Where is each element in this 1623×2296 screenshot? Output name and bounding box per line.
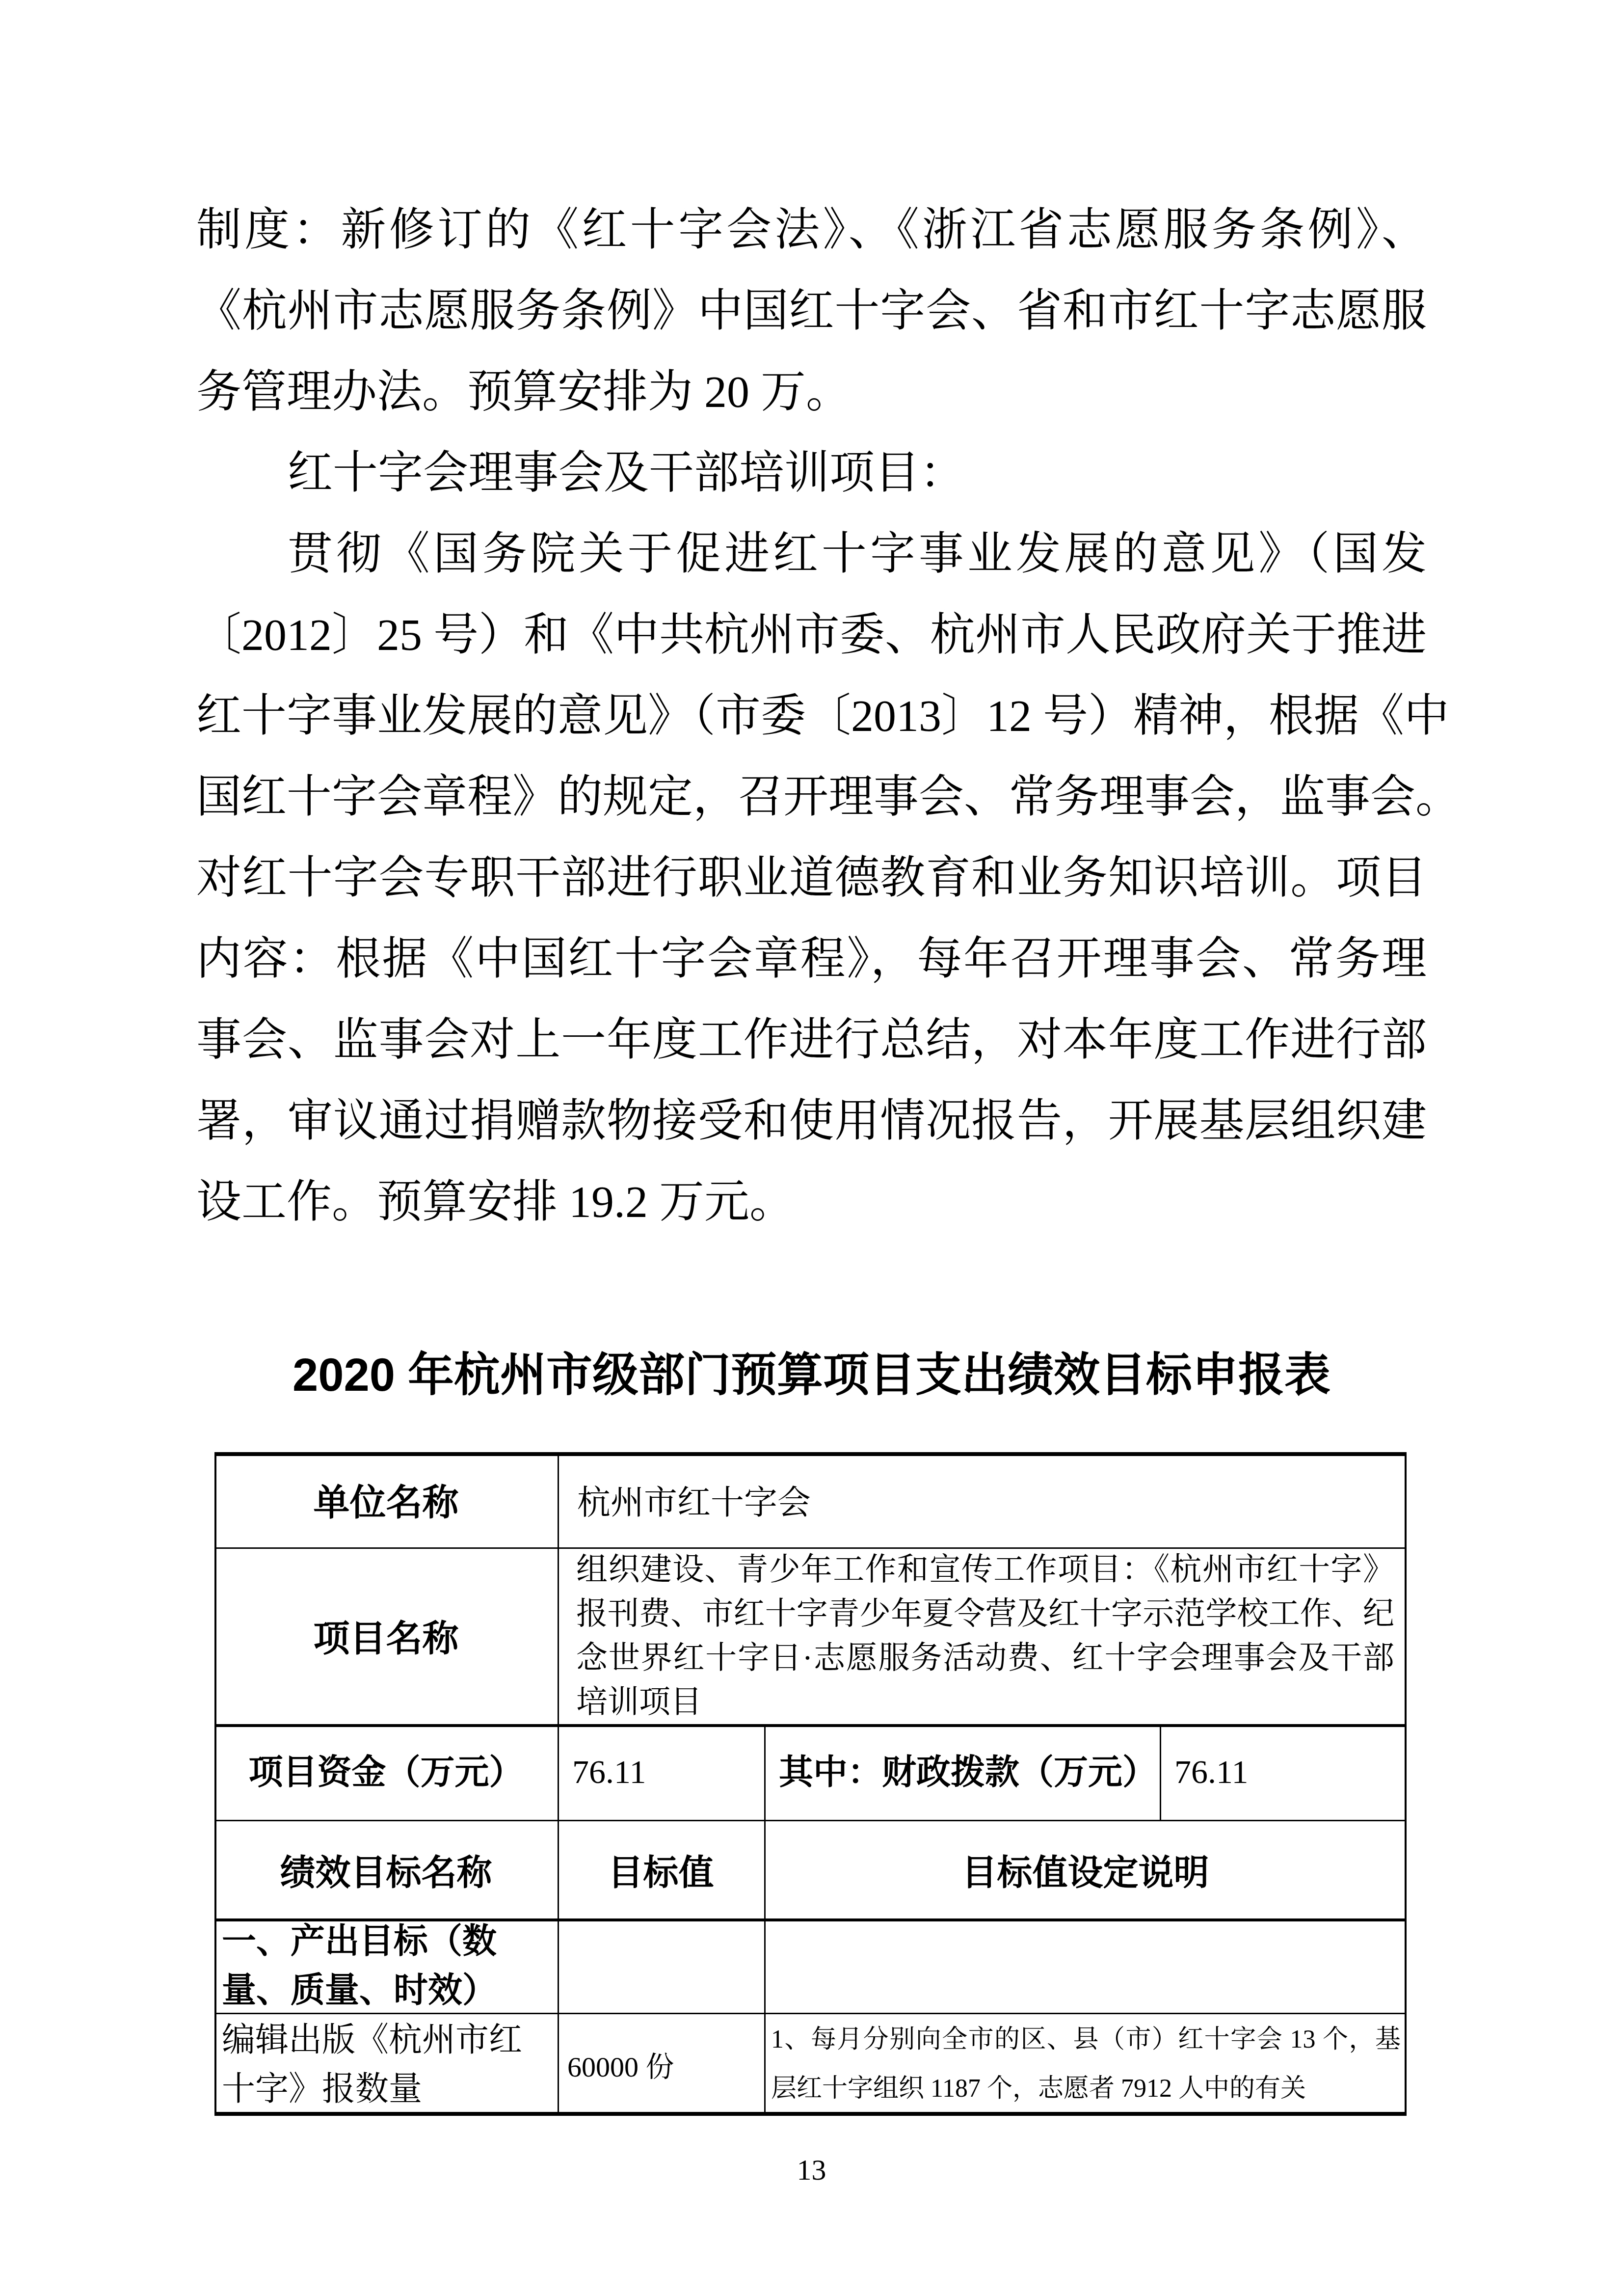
- body-line: 制度：新修订的《红十字会法》、《浙江省志愿服务条例》、: [196, 189, 1427, 270]
- table-border-line: [214, 1724, 1407, 1727]
- project-name-value: 组织建设、青少年工作和宣传工作项目：《杭州市红十字》报刊费、市红十字青少年夏令营…: [558, 1547, 1407, 1724]
- table-border-left: [214, 1452, 216, 2116]
- body-line: 贯彻《国务院关于促进红十字事业发展的意见》（国发: [196, 513, 1427, 594]
- project-fund-label: 项目资金（万元）: [214, 1748, 558, 1797]
- project-name-value-cell: 组织建设、青少年工作和宣传工作项目：《杭州市红十字》报刊费、市红十字青少年夏令营…: [558, 1547, 1407, 1724]
- table-border-bottom: [214, 2112, 1407, 2116]
- table-column-line: [1160, 1724, 1161, 1820]
- document-title: 2020 年杭州市级部门预算项目支出绩效目标申报表: [0, 1346, 1623, 1404]
- unit-name-value: 杭州市红十字会: [558, 1476, 1407, 1524]
- fiscal-allocation-value: 76.11: [1160, 1753, 1407, 1791]
- output-goal-section-label: 一、产出目标（数量、质量、时效）: [214, 1917, 558, 2015]
- unit-name-label-cell: 单位名称: [214, 1452, 558, 1547]
- table-column-line: [558, 1452, 559, 2116]
- newspaper-goal-name-cell: 编辑出版《杭州市红十字》报数量: [214, 2013, 558, 2116]
- body-line: 红十字事业发展的意见》（市委〔2013〕12 号）精神，根据《中: [196, 675, 1427, 756]
- project-fund-label-cell: 项目资金（万元）: [214, 1724, 558, 1820]
- body-text: 制度：新修订的《红十字会法》、《浙江省志愿服务条例》、 《杭州市志愿服务条例》中…: [196, 189, 1427, 1243]
- table-border-top: [214, 1452, 1407, 1456]
- project-name-label: 项目名称: [214, 1610, 558, 1662]
- newspaper-goal-value: 60000 份: [558, 2044, 764, 2085]
- body-line: 对红十字会专职干部进行职业道德教育和业务知识培训。项目: [196, 837, 1427, 918]
- budget-table: 单位名称 杭州市红十字会 项目名称 组织建设、青少年工作和宣传工作项目：《杭州市…: [214, 1452, 1407, 2116]
- goal-value-header-cell: 目标值: [558, 1820, 764, 1918]
- table-border-line: [214, 2013, 1407, 2014]
- body-line: 事会、监事会对上一年度工作进行总结，对本年度工作进行部: [196, 999, 1427, 1080]
- body-line: 国红十字会章程》的规定，召开理事会、常务理事会，监事会。: [196, 756, 1427, 837]
- body-line: 红十字会理事会及干部培训项目：: [196, 432, 1427, 513]
- goal-desc-header-cell: 目标值设定说明: [764, 1820, 1407, 1918]
- table-border-right: [1405, 1452, 1407, 2116]
- newspaper-goal-desc: 1、每月分别向全市的区、县（市）红十字会 13 个，基层红十字组织 1187 个…: [764, 2015, 1407, 2113]
- goal-value-header: 目标值: [558, 1844, 764, 1895]
- table-border-line: [214, 1918, 1407, 1921]
- newspaper-goal-name: 编辑出版《杭州市红十字》报数量: [214, 2015, 558, 2113]
- unit-name-value-cell: 杭州市红十字会: [558, 1452, 1407, 1547]
- body-line: 署，审议通过捐赠款物接受和使用情况报告，开展基层组织建: [196, 1080, 1427, 1162]
- fiscal-allocation-label-cell: 其中：财政拨款（万元）: [764, 1724, 1160, 1820]
- project-name-label-cell: 项目名称: [214, 1547, 558, 1724]
- fiscal-allocation-label: 其中：财政拨款（万元）: [764, 1748, 1160, 1797]
- goal-name-header: 绩效目标名称: [214, 1844, 558, 1895]
- project-fund-value: 76.11: [558, 1753, 764, 1791]
- output-goal-empty-desc-cell: [764, 1918, 1407, 2013]
- page-number: 13: [0, 2153, 1623, 2187]
- table-column-line: [764, 1724, 766, 2116]
- table-border-line: [214, 1820, 1407, 1821]
- output-goal-section-cell: 一、产出目标（数量、质量、时效）: [214, 1918, 558, 2013]
- body-line: 设工作。预算安排 19.2 万元。: [196, 1162, 1427, 1243]
- fiscal-allocation-value-cell: 76.11: [1160, 1724, 1407, 1820]
- goal-name-header-cell: 绩效目标名称: [214, 1820, 558, 1918]
- body-line: 《杭州市志愿服务条例》中国红十字会、省和市红十字志愿服: [196, 270, 1427, 351]
- goal-desc-header: 目标值设定说明: [764, 1844, 1407, 1895]
- newspaper-goal-desc-cell: 1、每月分别向全市的区、县（市）红十字会 13 个，基层红十字组织 1187 个…: [764, 2013, 1407, 2116]
- project-fund-value-cell: 76.11: [558, 1724, 764, 1820]
- document-page: 制度：新修订的《红十字会法》、《浙江省志愿服务条例》、 《杭州市志愿服务条例》中…: [0, 0, 1623, 2296]
- body-line: 务管理办法。预算安排为 20 万。: [196, 351, 1427, 432]
- newspaper-goal-value-cell: 60000 份: [558, 2013, 764, 2116]
- body-line: 内容：根据《中国红十字会章程》，每年召开理事会、常务理: [196, 918, 1427, 999]
- unit-name-label: 单位名称: [214, 1474, 558, 1526]
- table-border-line: [214, 1547, 1407, 1549]
- body-line: 〔2012〕25 号）和《中共杭州市委、杭州市人民政府关于推进: [196, 594, 1427, 675]
- output-goal-empty-value-cell: [558, 1918, 764, 2013]
